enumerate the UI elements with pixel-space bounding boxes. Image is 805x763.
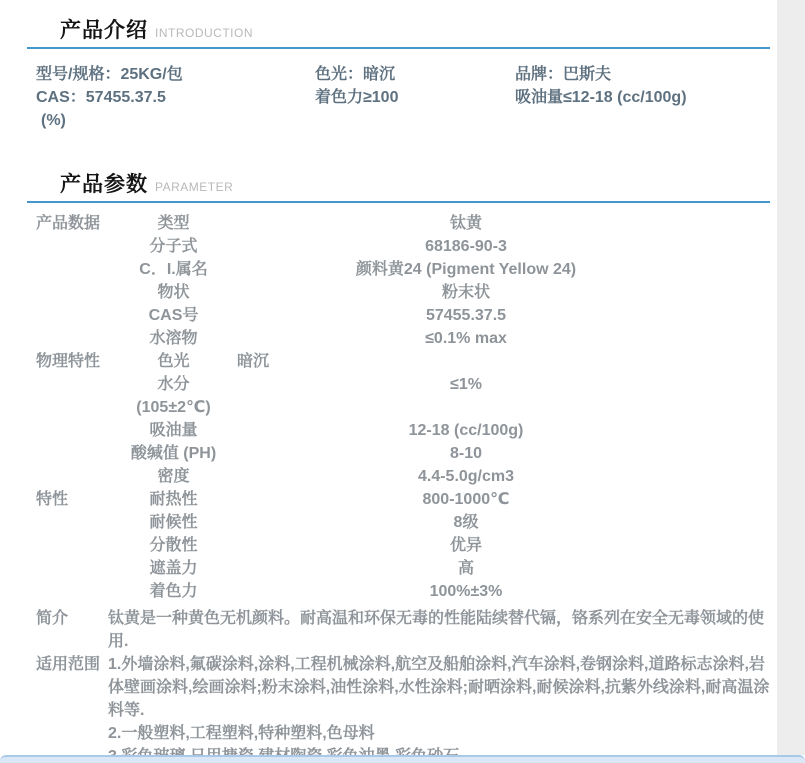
row-param-value: 68186-90-3	[221, 235, 711, 258]
row-param-value: 高	[221, 557, 711, 580]
row-group-label	[36, 511, 126, 534]
row-param-label: C．I.属名	[126, 258, 221, 281]
scope-line: 2.一般塑料,工程塑料,特种塑料,色母料	[108, 722, 770, 745]
intro-field: 型号/规格：25KG/包	[36, 63, 315, 86]
row-param-label: 分子式	[126, 235, 221, 258]
row-param-label: 遮盖力	[126, 557, 221, 580]
scope-row: 适用范围 1.外墙涂料,氟碳涂料,涂料,工程机械涂料,航空及船舶涂料,汽车涂料,…	[36, 653, 770, 763]
table-row: 特性 耐热性 800-1000℃	[36, 488, 770, 511]
row-group-label	[36, 235, 126, 258]
intro-field: (%)	[36, 109, 315, 132]
scrollbar-track[interactable]	[777, 0, 805, 755]
row-param-value: 暗沉	[221, 350, 711, 373]
row-param-label: 吸油量	[126, 419, 221, 442]
row-param-value: 4.4-5.0g/cm3	[221, 465, 711, 488]
row-param-label: 着色力	[126, 580, 221, 603]
parameter-section-subtitle: PARAMETER	[155, 180, 233, 194]
intro-field: 着色力≥100	[315, 86, 515, 109]
table-row: CAS号 57455.37.5	[36, 304, 770, 327]
row-param-label: 类型	[126, 212, 221, 235]
intro-field: 吸油量≤12-18 (cc/100g)	[515, 86, 770, 109]
row-param-value: 8-10	[221, 442, 711, 465]
table-row: 耐候性 8级	[36, 511, 770, 534]
table-row: 物理特性 色光 暗沉	[36, 350, 770, 373]
row-group-label	[36, 580, 126, 603]
row-group-label	[36, 327, 126, 350]
bottom-panel-edge	[0, 755, 805, 763]
table-row: 酸缄值 (PH) 8-10	[36, 442, 770, 465]
intro-fields: 型号/规格：25KG/包色光：暗沉品牌：巴斯夫CAS：57455.37.5着色力…	[36, 63, 770, 132]
summary-text: 钛黄是一种黄色无机颜料。耐高温和环保无毒的性能陆续替代镉，铬系列在安全无毒领域的…	[108, 607, 770, 653]
row-param-label: 耐候性	[126, 511, 221, 534]
row-group-label	[36, 304, 126, 327]
table-row: 吸油量 12-18 (cc/100g)	[36, 419, 770, 442]
table-row: 物状 粉末状	[36, 281, 770, 304]
row-param-value: ≤0.1% max	[221, 327, 711, 350]
row-group-label	[36, 465, 126, 488]
scope-label: 适用范围	[36, 653, 108, 763]
row-param-label: 水溶物	[126, 327, 221, 350]
table-row: 水溶物 ≤0.1% max	[36, 327, 770, 350]
table-row: 密度 4.4-5.0g/cm3	[36, 465, 770, 488]
summary-label: 简介	[36, 607, 108, 653]
intro-field: CAS：57455.37.5	[36, 86, 315, 109]
row-param-label: 密度	[126, 465, 221, 488]
row-group-label	[36, 258, 126, 281]
row-param-label: CAS号	[126, 304, 221, 327]
row-param-value: 钛黄	[221, 212, 711, 235]
row-param-value: 100%±3%	[221, 580, 711, 603]
row-group-label: 物理特性	[36, 350, 126, 373]
row-group-label	[36, 373, 126, 419]
row-param-value: ≤1%	[221, 373, 711, 419]
row-param-label: 耐热性	[126, 488, 221, 511]
intro-field: 色光：暗沉	[315, 63, 515, 86]
intro-field: 品牌：巴斯夫	[515, 63, 770, 86]
table-row: 水分 (105±2℃) ≤1%	[36, 373, 770, 419]
intro-section-title: 产品介绍	[60, 14, 148, 44]
table-row: C．I.属名 颜料黄24 (Pigment Yellow 24)	[36, 258, 770, 281]
row-param-label: 色光	[126, 350, 221, 373]
table-row: 着色力 100%±3%	[36, 580, 770, 603]
row-param-value: 8级	[221, 511, 711, 534]
row-param-label: 分散性	[126, 534, 221, 557]
row-group-label: 特性	[36, 488, 126, 511]
row-group-label	[36, 534, 126, 557]
intro-section-subtitle: INTRODUCTION	[155, 26, 253, 40]
row-param-value: 颜料黄24 (Pigment Yellow 24)	[221, 258, 711, 281]
row-group-label: 产品数据	[36, 212, 126, 235]
row-param-label: 物状	[126, 281, 221, 304]
intro-section-header: 产品介绍 INTRODUCTION	[27, 0, 770, 49]
summary-row: 简介 钛黄是一种黄色无机颜料。耐高温和环保无毒的性能陆续替代镉，铬系列在安全无毒…	[36, 607, 770, 653]
row-param-value: 12-18 (cc/100g)	[221, 419, 711, 442]
table-row: 分散性 优异	[36, 534, 770, 557]
row-param-value: 800-1000℃	[221, 488, 711, 511]
row-group-label	[36, 419, 126, 442]
table-row: 产品数据 类型 钛黄	[36, 212, 770, 235]
row-group-label	[36, 557, 126, 580]
table-row: 分子式 68186-90-3	[36, 235, 770, 258]
product-page: { "theme": { "accent_line_color": "#4795…	[0, 0, 805, 763]
scope-lines: 1.外墙涂料,氟碳涂料,涂料,工程机械涂料,航空及船舶涂料,汽车涂料,卷钢涂料,…	[108, 653, 770, 763]
parameter-section-header: 产品参数 PARAMETER	[27, 154, 770, 203]
row-param-label: 酸缄值 (PH)	[126, 442, 221, 465]
row-param-label: 水分 (105±2℃)	[126, 373, 221, 419]
table-row: 遮盖力 高	[36, 557, 770, 580]
parameter-table: 产品数据 类型 钛黄 分子式 68186-90-3 C．I.属名 颜料黄24 (…	[36, 212, 770, 603]
parameter-section-title: 产品参数	[60, 168, 148, 198]
row-param-value: 优异	[221, 534, 711, 557]
row-param-value: 粉末状	[221, 281, 711, 304]
row-param-value: 57455.37.5	[221, 304, 711, 327]
scope-line: 1.外墙涂料,氟碳涂料,涂料,工程机械涂料,航空及船舶涂料,汽车涂料,卷钢涂料,…	[108, 653, 770, 722]
row-group-label	[36, 442, 126, 465]
row-group-label	[36, 281, 126, 304]
